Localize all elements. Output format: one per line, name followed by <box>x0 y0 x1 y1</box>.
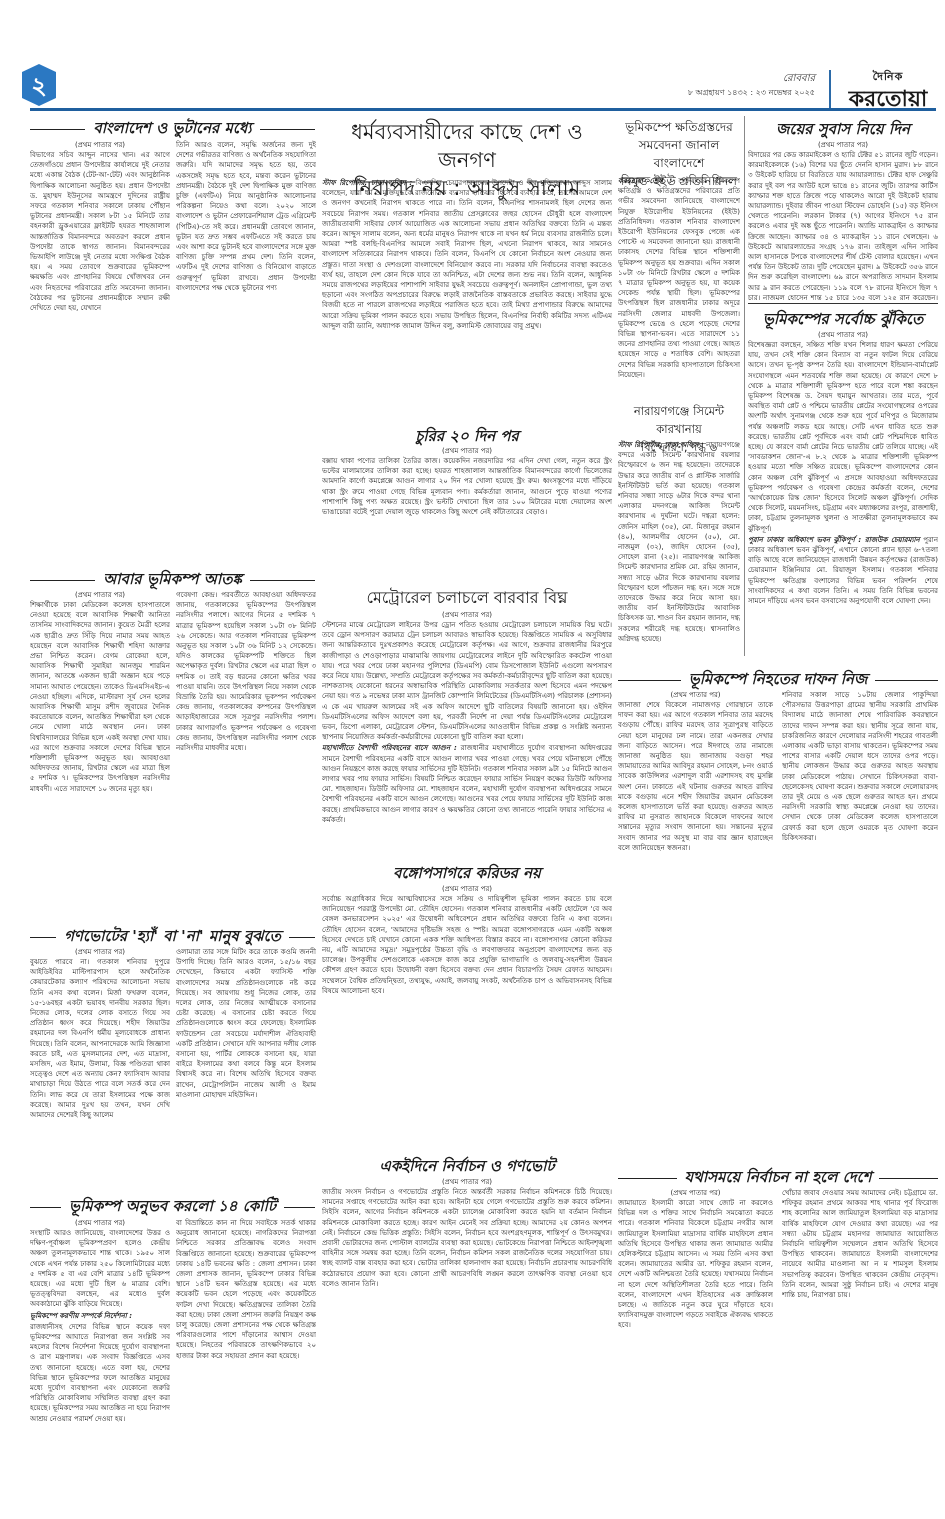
article-headline-fourteen-crore: ভূমিকম্প অনুভব করলো ১৪ কোটি <box>30 1195 315 1220</box>
article-body-narayanganj: স্টাফ রিপোর্টার, ঢাকা অফিস : নারায়ণগঞ্জ… <box>618 440 740 655</box>
column-divider <box>744 116 745 656</box>
masthead: ২ রোববার ৮ অগ্রহায়ণ ১৪৩২ : ২৩ নভেম্বর ২… <box>0 0 945 108</box>
svg-text:২: ২ <box>31 72 47 100</box>
newspaper-logo: দৈনিক করতোয়া <box>838 68 938 111</box>
article-body-jothasomoye-col2: খোঁচার জবাব দেওয়ার সময় আমাদের নেই। চট্… <box>782 1188 938 1513</box>
article-headline-metrorail: মেট্রোরেল চলাচলে বারবার বিঘ্ন <box>322 588 612 608</box>
article-body-abar-col2: গবেষণা কেন্দ্র। পরবর্তীতে আবহাওয়া অধিদফ… <box>176 590 316 915</box>
article-body-abdus-salam: স্টাফ রিপোর্টার, ঢাকা অফিস : বিএনপির চেয… <box>322 178 612 420</box>
article-headline-bhutan: বাংলাদেশ ও ভুটানের মধ্যে <box>30 117 315 142</box>
issue-date: ৮ অগ্রহায়ণ ১৪৩২ : ২৩ নভেম্বর ২০২৫ <box>688 86 815 100</box>
article-body-joyer-subash: (প্রথম পাতার পর) বিদায়ের পর কেড কারমাইক… <box>748 140 938 300</box>
masthead-divider <box>829 70 831 108</box>
article-body-abar-col1: (প্রথম পাতার পর) শিক্ষার্থীকে ঢাকা মেডিক… <box>30 590 170 915</box>
article-body-churir: (প্রথম পাতার পর) বক্সায় থাকা পণ্যের তাল… <box>322 446 612 581</box>
article-body-nihoter-col1: (প্রথম পাতার পর) জানাজা শেষে বিকেলে নামা… <box>618 690 773 1150</box>
weekday: রোববার <box>688 72 815 86</box>
article-body-corridor: (প্রথম পাতার পর) সর্বোচ্চ অগ্রাধিকার দিয… <box>322 884 612 1149</box>
article-body-bhutan-col2: তিনি আরও বলেন, সমৃদ্ধি অর্জনের জন্য দুই … <box>176 140 316 560</box>
article-body-fourteen-col2: বা বিভ্রান্তিতে কান না দিয়ে সবাইকে সতর্… <box>176 1218 316 1513</box>
date-block: রোববার ৮ অগ্রহায়ণ ১৪৩২ : ২৩ নভেম্বর ২০২… <box>688 72 815 100</box>
logo-small-text: দৈনিক <box>838 68 938 87</box>
article-body-fourteen-col1: (প্রথম পাতার পর) সংস্থাটি আরও জানিয়েছে,… <box>30 1218 170 1513</box>
section-divider <box>748 303 938 304</box>
article-body-ekoidine: (প্রথম পাতার পর) জাতীয় সংসদ নির্বাচন ও … <box>322 1177 612 1513</box>
article-body-gonovote-col1: (প্রথম পাতার পর) বুঝতে পারবে না। গতকাল শ… <box>30 947 170 1187</box>
article-body-nihoter-col2: শনিবার সকাল সাড়ে ১০টায় জেলার পাকুন্দিয… <box>782 690 938 1150</box>
article-body-jothasomoye-col1: (প্রথম পাতার পর) জামায়াতে ইসলামী কারো স… <box>618 1188 773 1513</box>
header-rule <box>30 108 936 111</box>
page-number-badge: ২ <box>22 64 56 106</box>
page-number-icon: ২ <box>22 64 56 106</box>
article-body-sorbocho-jhuki: (প্রথম পাতার পর) বিশেষজ্ঞরা বলছেন, সঞ্চি… <box>748 330 938 656</box>
article-body-bhutan-col1: (প্রথম পাতার পর) বিভাগের সচিব আব্দুন নাস… <box>30 140 170 560</box>
article-body-metrorail: (প্রথম পাতার পর) স্টেশনের মাঝে মেট্রোরেল… <box>322 610 612 850</box>
article-body-gonovote-col2: ওলামারা তার সঙ্গে মিটিং করে তাকে কওমি জন… <box>176 947 316 1187</box>
article-body-eu-condolence: করতোয়া ডেস্ক : শুক্রবারের ভূমিকম্পে ক্ষ… <box>618 176 740 398</box>
